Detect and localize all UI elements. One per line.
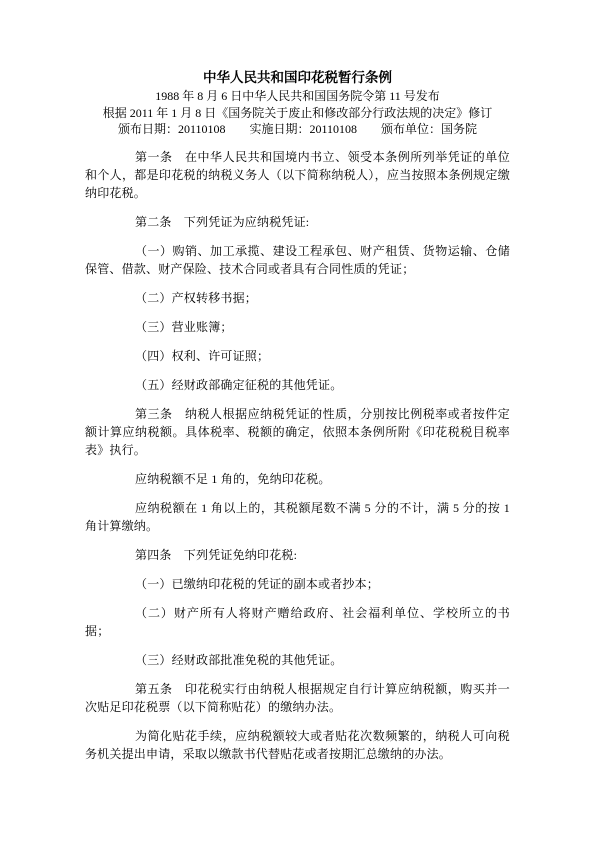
list-item-2-2: （二）产权转移书据；	[85, 289, 510, 307]
list-item-2-4: （四）权利、许可证照；	[85, 347, 510, 365]
paragraph-article-5: 第五条 印花税实行由纳税人根据规定自行计算应纳税额，购买并一次贴足印花税票（以下…	[85, 680, 510, 716]
list-item-4-3: （三）经财政部批准免税的其他凭证。	[85, 651, 510, 669]
paragraph-article-1: 第一条 在中华人民共和国境内书立、领受本条例所列举凭证的单位和个人，都是印花税的…	[85, 148, 510, 202]
list-item-2-3: （三）营业账簿；	[85, 318, 510, 336]
document-title: 中华人民共和国印花税暂行条例	[85, 69, 510, 87]
paragraph-article-3-clause-2: 应纳税额不足 1 角的，免纳印花税。	[85, 470, 510, 488]
paragraph-article-3: 第三条 纳税人根据应纳税凭证的性质，分别按比例税率或者按件定额计算应纳税额。具体…	[85, 405, 510, 459]
list-item-2-5: （五）经财政部确定征税的其他凭证。	[85, 376, 510, 394]
document-subtitle-issue: 1988 年 8 月 6 日中华人民共和国国务院令第 11 号发布	[85, 87, 510, 105]
list-item-4-2: （二）财产所有人将财产赠给政府、社会福利单位、学校所立的书据；	[85, 604, 510, 640]
paragraph-article-5-clause-2: 为简化贴花手续，应纳税额较大或者贴花次数频繁的，纳税人可向税务机关提出申请，采取…	[85, 727, 510, 763]
document-subtitle-revision: 根据 2011 年 1 月 8 日《国务院关于废止和修改部分行政法规的决定》修订	[85, 105, 510, 121]
list-item-4-1: （一）已缴纳印花税的凭证的副本或者抄本；	[85, 575, 510, 593]
paragraph-article-2: 第二条 下列凭证为应纳税凭证:	[85, 213, 510, 231]
document-header: 中华人民共和国印花税暂行条例 1988 年 8 月 6 日中华人民共和国国务院令…	[85, 69, 510, 137]
document-subtitle-meta: 颁布日期：20110108 实施日期：20110108 颁布单位：国务院	[85, 121, 510, 137]
document-page: 中华人民共和国印花税暂行条例 1988 年 8 月 6 日中华人民共和国国务院令…	[0, 0, 595, 842]
paragraph-article-3-clause-3: 应纳税额在 1 角以上的，其税额尾数不满 5 分的不计，满 5 分的按 1 角计…	[85, 499, 510, 535]
document-body: 第一条 在中华人民共和国境内书立、领受本条例所列举凭证的单位和个人，都是印花税的…	[85, 148, 510, 763]
list-item-2-1: （一）购销、加工承揽、建设工程承包、财产租赁、货物运输、仓储保管、借款、财产保险…	[85, 242, 510, 278]
paragraph-article-4: 第四条 下列凭证免纳印花税:	[85, 546, 510, 564]
